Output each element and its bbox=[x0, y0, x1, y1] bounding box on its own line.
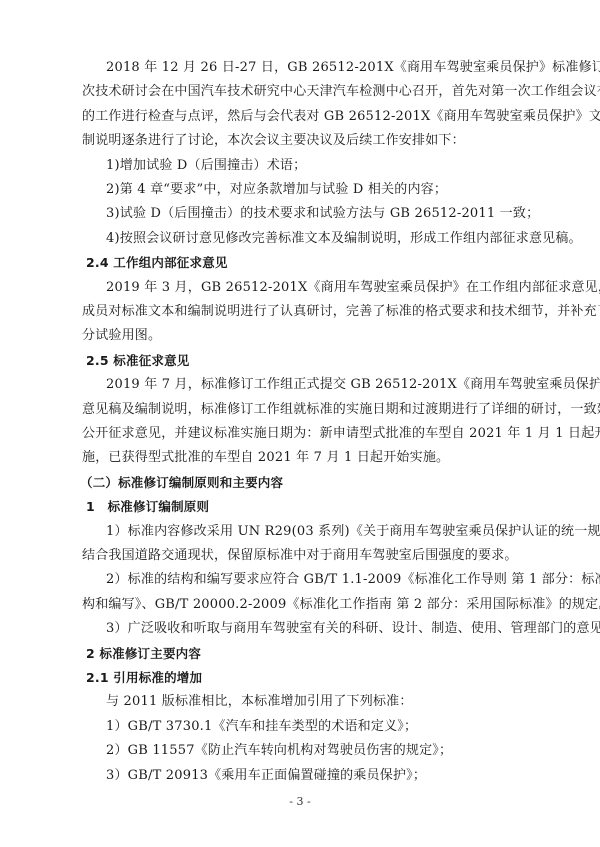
list-item: 1)增加试验 D（后围撞击）术语； bbox=[106, 158, 306, 174]
section-heading-2-4: 2.4 工作组内部征求意见 bbox=[86, 255, 228, 271]
reference-item: 2）GB 11557《防止汽车转向机构对驾驶员伤害的规定》； bbox=[106, 743, 452, 759]
paragraph-line: 构和编写》、GB/T 20000.2-2009《标准化工作指南 第 2 部分：采… bbox=[82, 597, 600, 613]
paragraph-line: 2018 年 12 月 26 日-27 日，GB 26512-201X《商用车驾… bbox=[106, 60, 600, 76]
list-item: 4)按照会议研讨意见修改完善标准文本及编制说明，形成工作组内部征求意见稿。 bbox=[106, 231, 582, 247]
paragraph-line: 1）标准内容修改采用 UN R29(03 系列)《关于商用车驾驶室乘员保护认证的… bbox=[106, 524, 600, 540]
paragraph-line: 与 2011 版标准相比，本标准增加引用了下列标准： bbox=[106, 694, 413, 710]
paragraph-line: 2019 年 7 月，标准修订工作组正式提交 GB 26512-201X《商用车… bbox=[106, 377, 600, 393]
paragraph-line: 制说明逐条进行了讨论，本次会议主要决议及后续工作安排如下： bbox=[82, 133, 465, 149]
paragraph-line: 次技术研讨会在中国汽车技术研究中心天津汽车检测中心召开，首先对第一次工作组会议布… bbox=[82, 84, 600, 100]
section-heading-2-5: 2.5 标准征求意见 bbox=[86, 353, 190, 369]
paragraph-line: 2019 年 3 月，GB 26512-201X《商用车驾驶室乘员保护》在工作组… bbox=[106, 280, 600, 296]
paragraph-line: 施，已获得型式批准的车型自 2021 年 7 月 1 日起开始实施。 bbox=[82, 450, 449, 466]
reference-item: 3）GB/T 20913《乘用车正面偏置碰撞的乘员保护》； bbox=[106, 768, 426, 784]
list-item: 3)试验 D（后围撞击）的技术要求和试验方法与 GB 26512-2011 一致… bbox=[106, 206, 539, 222]
paragraph-line: 意见稿及编制说明，标准修订工作组就标准的实施日期和过渡期进行了详细的研讨，一致建… bbox=[82, 402, 600, 418]
list-item: 2)第 4 章“要求”中，对应条款增加与试验 D 相关的内容； bbox=[106, 182, 447, 198]
reference-item: 1）GB/T 3730.1《汽车和挂车类型的术语和定义》； bbox=[106, 719, 417, 735]
paragraph-line: 分试验用图。 bbox=[82, 328, 161, 344]
paragraph-line: 的工作进行检查与点评，然后与会代表对 GB 26512-201X《商用车驾驶室乘… bbox=[82, 109, 600, 125]
document-page: 2018 年 12 月 26 日-27 日，GB 26512-201X《商用车驾… bbox=[0, 0, 600, 847]
paragraph-line: 3）广泛吸收和听取与商用车驾驶室有关的科研、设计、制造、使用、管理部门的意见。 bbox=[106, 621, 600, 637]
part-heading: （二）标准修订编制原则和主要内容 bbox=[80, 475, 283, 491]
paragraph-line: 2）标准的结构和编写要求应符合 GB/T 1.1-2009《标准化工作导则 第 … bbox=[106, 572, 600, 588]
paragraph-line: 公开征求意见，并建议标准实施日期为：新申请型式批准的车型自 2021 年 1 月… bbox=[82, 426, 600, 442]
section-heading-2-1: 2.1 引用标准的增加 bbox=[86, 670, 202, 686]
paragraph-line: 结合我国道路交通现状，保留原标准中对于商用车驾驶室后围强度的要求。 bbox=[82, 548, 518, 564]
section-heading-1: 1 标准修订编制原则 bbox=[86, 499, 209, 515]
page-number: - 3 - bbox=[0, 795, 600, 808]
paragraph-line: 成员对标准文本和编制说明进行了认真研讨，完善了标准的格式要求和技术细节，并补充了… bbox=[82, 304, 600, 320]
section-heading-2: 2 标准修订主要内容 bbox=[86, 646, 201, 662]
